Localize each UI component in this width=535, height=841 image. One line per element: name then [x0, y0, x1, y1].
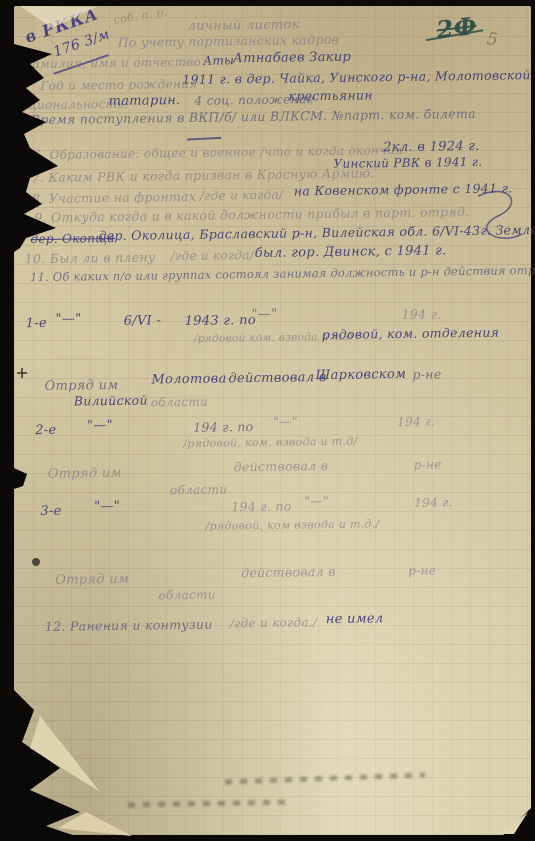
row3-ditto1: "—" — [94, 500, 120, 513]
row1-date: 6/VI - — [124, 314, 162, 328]
row2-number: 2-е — [35, 424, 56, 437]
row2-to: 194 г. — [397, 416, 436, 429]
front-paren: /где и когда/ — [200, 189, 284, 202]
row3-role-label: /рядовой, ком взвода и т.д./ — [205, 518, 379, 531]
scanned-document: в РККА 176 3/м соб. п. р. личный листок … — [0, 0, 535, 841]
name-prefix: Аты — [203, 54, 234, 66]
detachment3-label1: Отряд им — [55, 573, 129, 587]
row2-ditto1: "—" — [87, 419, 113, 432]
form-title: личный листок — [187, 18, 299, 33]
handwriting-layer: в РККА 176 3/м соб. п. р. личный листок … — [0, 0, 535, 841]
front-value: на Ковенском фронте с 1941 г. — [294, 182, 513, 198]
wounds-value: не имел — [326, 612, 384, 626]
row1-to: 194 г. — [402, 308, 442, 321]
detachment2-label2: действовал в — [234, 460, 329, 474]
units-label: 11. Об каких п/о или группах состоял зан… — [30, 265, 535, 284]
detachment1-name: Молотова — [151, 372, 226, 386]
social-value: крестьянин — [288, 89, 372, 103]
detachment3-label3: р-не — [408, 565, 436, 577]
row2-role-label: /рядовой, ком. взвода и т.д/ — [183, 436, 357, 449]
nationality-value: татарин. — [108, 94, 180, 108]
wounds-paren: /где и когда./ — [230, 616, 318, 629]
row1-role-value: рядовой, ком. отделения — [322, 327, 500, 342]
captivity-label: 10. Был ли в плену — [25, 251, 156, 265]
arrival-label: 9. Откуда когда и в какой должности приб… — [34, 206, 469, 225]
detachment1-label4: области — [151, 396, 208, 409]
section-divider — [187, 137, 221, 141]
party-label: Время поступления в ВКП/б/ или ВЛКСМ. №п… — [31, 108, 476, 127]
detachment2-label4: области — [170, 483, 227, 496]
birth-label: Год и место рождения — [40, 78, 197, 92]
row2-ditto2: "—" — [273, 415, 298, 428]
ink-dot — [32, 163, 36, 168]
row2-from: 194 г. по — [193, 421, 254, 434]
archive-mark-pencil: 5 — [485, 31, 499, 50]
birth-value: 1911 г. в дер. Чайка, Уинского р-на, Мол… — [182, 69, 535, 87]
captivity-paren: /где и когда/ — [171, 249, 255, 262]
name-value: Атнабаев Закир — [233, 51, 351, 66]
name-label: Фамилия, имя и отчество — [22, 56, 201, 70]
wounds-label: 12. Ранения и контузии — [45, 619, 213, 634]
pencil-annotation: соб. п. р. — [113, 7, 168, 26]
row1-ditto1: "—" — [56, 312, 82, 325]
row3-to: 194 г. — [414, 496, 453, 509]
form-subtitle: По учету партизанских кадров — [118, 34, 340, 50]
row1-number: 1-е — [26, 317, 47, 330]
row3-number: 3-е — [40, 505, 61, 518]
row3-from: 194 г. по — [231, 501, 292, 514]
education-value: 2кл. в 1924 г. — [383, 140, 480, 154]
captivity-value: был. гор. Двинск, с 1941 г. — [255, 244, 447, 260]
detachment1-label1: Отряд им — [44, 379, 118, 393]
front-label: 8. Участие на фронтах — [32, 191, 196, 206]
detachment1-region: Шарковском — [315, 368, 406, 382]
detachment1-oblast: Вилийской — [74, 395, 148, 409]
detachment3-label2: действовал в — [241, 566, 336, 580]
rvk-label: 7. Каким РВК и когда призван в Красную А… — [32, 167, 375, 184]
row3-ditto2: "—" — [304, 495, 329, 508]
arrival-value: дер. Околица, Браславский р-н, Вилейская… — [98, 223, 535, 242]
detachment2-label1: Отряд им — [48, 467, 122, 481]
row1-from: 1943 г. по — [185, 314, 256, 328]
detachment3-label4: области — [158, 589, 215, 602]
detachment1-label3: р-не — [412, 368, 441, 381]
row1-ditto2: "—" — [251, 308, 277, 321]
detachment1-label2: действовал в — [228, 371, 326, 385]
detachment2-label3: р-не — [414, 458, 442, 470]
